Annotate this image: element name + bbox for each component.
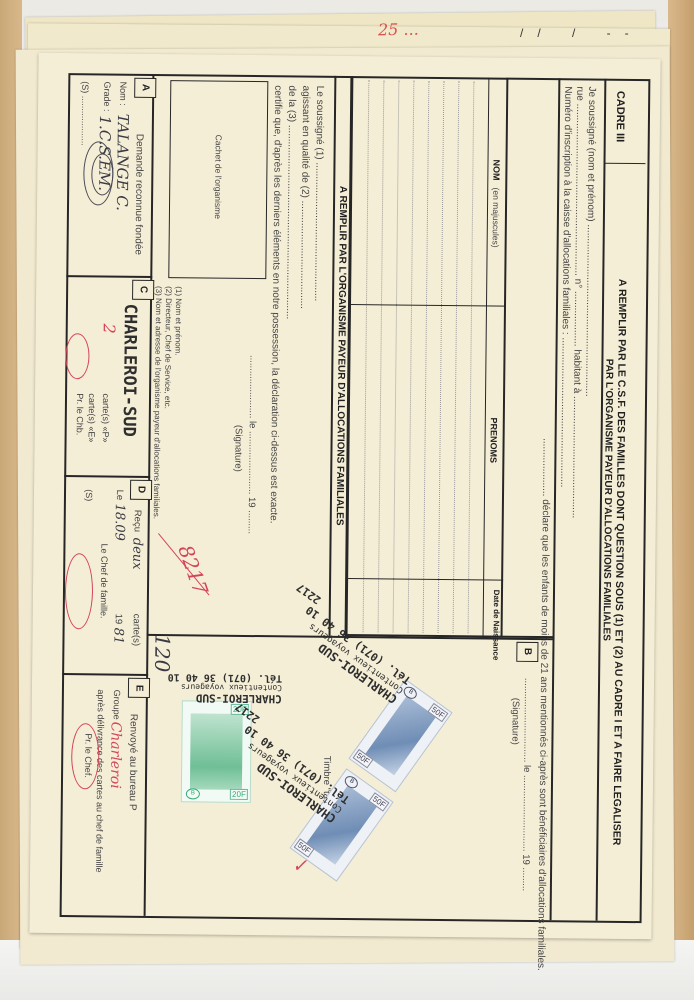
rubber-stamp-line: Tél. (071) 36 40 10 [168,671,282,683]
box-a-s-label: (S) .................... [80,81,91,146]
col-nom-sub: (en majuscules) [491,188,502,248]
footnote-2: (2) Directeur, Chef de Service, etc. [163,286,173,409]
stamp-value: 20F [230,789,248,800]
organisme-line-qualite: agissant en qualité de (2) .............… [298,86,311,310]
box-d-cartes-label: carte(s) [130,614,141,646]
box-e-label: E [128,678,150,698]
top-sheet-note: 25 ... [378,20,419,40]
col-prenoms: PRENOMS [488,418,498,464]
box-d-chef-label: Le Chef de famille. [99,543,110,618]
cadre-signature-date: ................................ le ....… [520,678,533,891]
organisme-signature-date: ........................ le ............… [246,355,259,534]
box-c-line-e: carte(s) «E» [87,393,98,442]
box-c-signed: Pr. le Chb. [75,393,85,435]
organisme-line-soussigne: Le soussigné (1) .......................… [312,86,325,302]
box-d-s-label: (S) [84,489,94,501]
box-a-grade-label: Grade : [102,81,112,111]
rubber-stamp-imprint: CHARLEROI-SUD Contentieux voyageurs Tél.… [167,671,282,705]
box-c-line-p: carte(s) «P» [101,393,112,442]
cadre-iii-label: CADRE III [614,91,627,142]
box-d-recu-value: deux [129,538,144,570]
box-c-label: C [132,280,154,300]
box-d-recu-label: Reçu [132,510,143,532]
box-a-label: A [134,78,156,98]
organisme-signature-label: (Signature) [232,425,243,472]
rubber-stamp-line: CHARLEROI-SUD [167,691,282,705]
box-c-stamp: CHARLEROI-SUD [119,304,140,437]
top-sheet-marks: // / -- [520,26,643,40]
box-e-groupe-value: Charleroi [107,722,124,789]
family-allowance-form: CADRE III A REMPLIR PAR LE C.S.F. DES FA… [29,53,660,939]
col-nom: NOM [491,160,501,181]
box-d-label: D [130,480,152,500]
box-e-groupe-label: Groupe [112,690,122,720]
box-d-date: 18.09 [112,504,127,541]
col-date-naissance: Date de Naissance [484,589,501,660]
sncb-logo-icon: B [186,788,200,799]
box-d-year-prefix: 19 [113,614,124,625]
box-c-p-count: 2 [100,323,119,333]
box-d-year: 81 [110,628,125,645]
cachet-label: Cachet de l'organisme [213,135,224,219]
box-e-apres: après délivrance des cartes au chef de f… [94,689,106,872]
cadre-signature-label: (Signature) [509,698,520,745]
box-b-label: B [516,642,538,662]
box-e-renvoye: Renvoyé au bureau P [127,714,139,811]
box-d-le-label: Le [114,490,125,501]
footnote-1: (1) Nom et prénom. [173,286,183,355]
box-a-nom-label: Nom : [118,82,128,106]
ink-number-annotation: 120 [150,634,174,672]
box-a-nom-value: TALANGE C. [113,114,132,212]
box-a-title: Demande reconnue fondée [133,134,145,255]
rubber-stamp-line: Contentieux voyageurs [168,682,282,692]
